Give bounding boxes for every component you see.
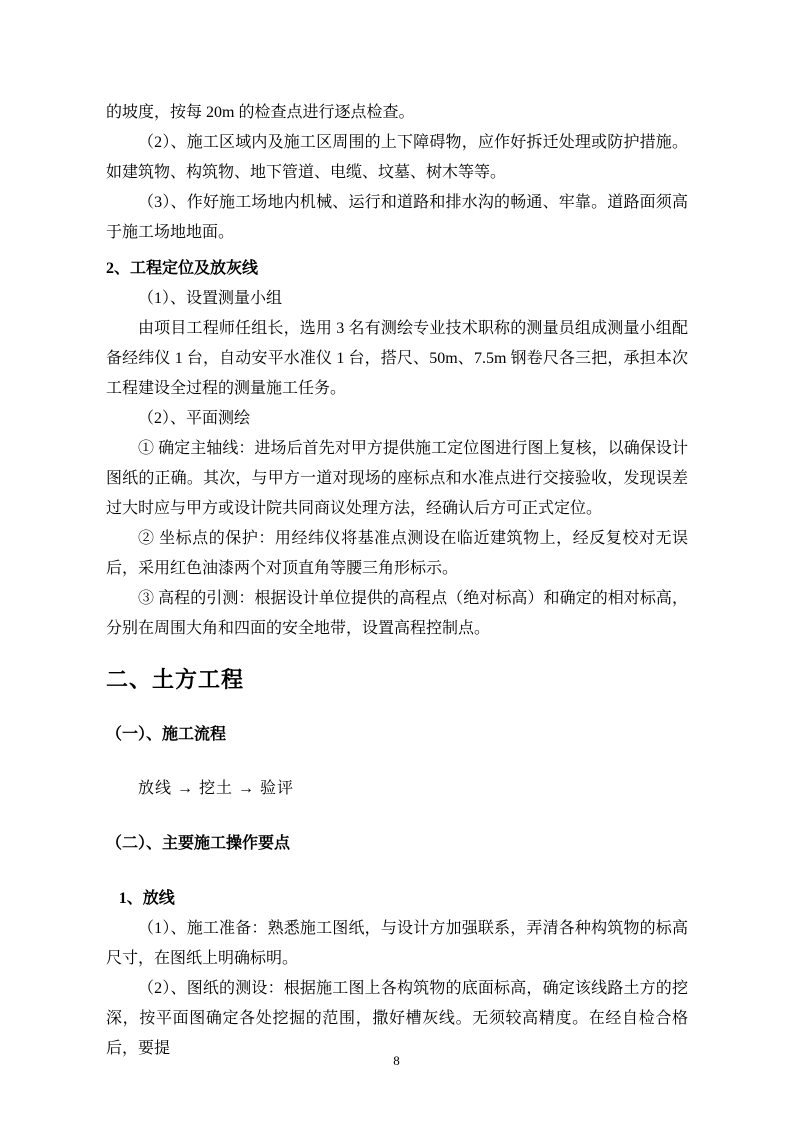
- paragraph-continued: 的坡度，按每 20m 的检查点进行逐点检查。: [106, 98, 688, 128]
- subsection-heading: （二）、主要施工操作要点: [106, 829, 688, 859]
- subsection-heading: （一）、施工流程: [106, 720, 688, 750]
- paragraph: ② 坐标点的保护：用经纬仪将基准点测设在临近建筑物上，经反复校对无误后，采用红色…: [106, 524, 688, 584]
- paragraph: （1）、设置测量小组: [106, 284, 688, 314]
- paragraph: （2）、图纸的测设：根据施工图上各构筑物的底面标高，确定该线路土方的挖深，按平面…: [106, 974, 688, 1064]
- chapter-heading: 二、土方工程: [106, 665, 688, 695]
- paragraph: （1）、施工准备：熟悉施工图纸，与设计方加强联系，弄清各种构筑物的标高尺寸，在图…: [106, 914, 688, 974]
- section-heading: 2、工程定位及放灰线: [106, 254, 688, 284]
- paragraph: （2）、平面测绘: [106, 404, 688, 434]
- paragraph: ③ 高程的引测：根据设计单位提供的高程点（绝对标高）和确定的相对标高，分别在周围…: [106, 584, 688, 644]
- paragraph: （3）、作好施工场地内机械、运行和道路和排水沟的畅通、牢靠。道路面须高于施工场地…: [106, 188, 688, 248]
- document-page: 的坡度，按每 20m 的检查点进行逐点检查。（2）、施工区域内及施工区周围的上下…: [0, 0, 793, 1122]
- process-flow: 放线 → 挖土 → 验评: [106, 774, 688, 804]
- paragraph: （2）、施工区域内及施工区周围的上下障碍物，应作好拆迁处理或防护措施。如建筑物、…: [106, 128, 688, 188]
- page-number: 8: [0, 1053, 793, 1069]
- paragraph: 由项目工程师任组长，选用 3 名有测绘专业技术职称的测量员组成测量小组配备经纬仪…: [106, 314, 688, 404]
- document-content: 的坡度，按每 20m 的检查点进行逐点检查。（2）、施工区域内及施工区周围的上下…: [106, 98, 688, 1064]
- paragraph: ① 确定主轴线：进场后首先对甲方提供施工定位图进行图上复核，以确保设计图纸的正确…: [106, 434, 688, 524]
- sub-heading: 1、放线: [106, 884, 688, 914]
